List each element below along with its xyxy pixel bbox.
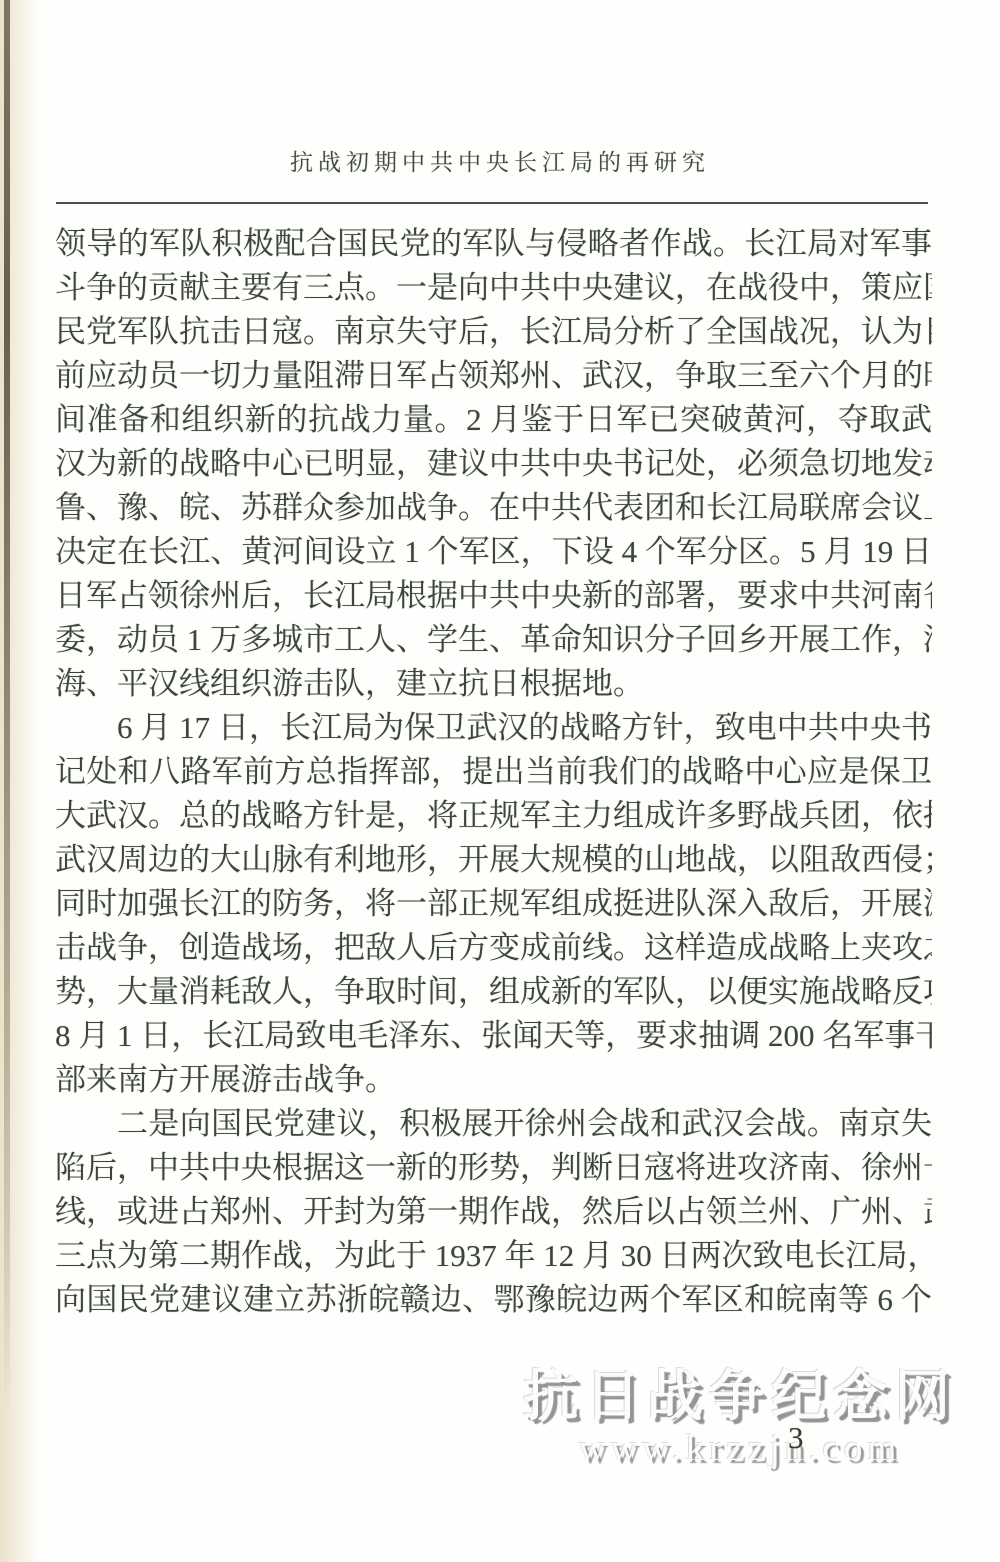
- watermark-site-url: www.krzzjn.com: [520, 1427, 960, 1470]
- text-line: 武汉周边的大山脉有利地形，开展大规模的山地战，以阻敌西侵；: [55, 838, 932, 882]
- text-line: 大武汉。总的战略方针是，将正规军主力组成许多野战兵团，依托: [55, 794, 932, 838]
- text-line: 同时加强长江的防务，将一部正规军组成挺进队深入敌后，开展游: [55, 882, 932, 926]
- text-line: 民党军队抗击日寇。南京失守后，长江局分析了全国战况，认为目: [55, 310, 932, 354]
- text-line: 8 月 1 日，长江局致电毛泽东、张闻天等，要求抽调 200 名军事干: [55, 1014, 932, 1058]
- text-line: 委，动员 1 万多城市工人、学生、革命知识分子回乡开展工作，沿陇: [55, 618, 932, 662]
- text-line: 三点为第二期作战，为此于 1937 年 12 月 30 日两次致电长江局，: [55, 1234, 932, 1278]
- text-line: 日军占领徐州后，长江局根据中共中央新的部署，要求中共河南省: [55, 574, 932, 618]
- text-line: 汉为新的战略中心已明显，建议中共中央书记处，必须急切地发动: [55, 442, 932, 486]
- text-line: 鲁、豫、皖、苏群众参加战争。在中共代表团和长江局联席会议上: [55, 486, 932, 530]
- page-header-title: 抗战初期中共中央长江局的再研究: [0, 144, 1000, 177]
- text-line: 斗争的贡献主要有三点。一是向中共中央建议，在战役中，策应国: [55, 266, 932, 310]
- page-number: 3: [788, 1420, 804, 1456]
- text-line: 间准备和组织新的抗战力量。2 月鉴于日军已突破黄河，夺取武: [55, 398, 932, 442]
- text-line: 前应动员一切力量阻滞日军占领郑州、武汉，争取三至六个月的时: [55, 354, 932, 398]
- text-line: 势，大量消耗敌人，争取时间，组成新的军队，以便实施战略反攻。: [55, 970, 932, 1014]
- watermark: 抗日战争纪念网 www.krzzjn.com: [520, 1352, 960, 1470]
- text-line: 记处和八路军前方总指挥部，提出当前我们的战略中心应是保卫: [55, 750, 932, 794]
- binding-shadow-line: [4, 0, 10, 1420]
- text-line: 线，或进占郑州、开封为第一期作战，然后以占领兰州、广州、武汉: [55, 1190, 932, 1234]
- text-line: 二是向国民党建议，积极展开徐州会战和武汉会战。南京失: [55, 1102, 932, 1146]
- body-text: 领导的军队积极配合国民党的军队与侵略者作战。长江局对军事斗争的贡献主要有三点。一…: [55, 222, 932, 1322]
- text-line: 陷后，中共中央根据这一新的形势，判断日寇将进攻济南、徐州一: [55, 1146, 932, 1190]
- scanned-book-page: 抗战初期中共中央长江局的再研究 领导的军队积极配合国民党的军队与侵略者作战。长江…: [0, 0, 1000, 1562]
- text-line: 海、平汉线组织游击队，建立抗日根据地。: [55, 662, 932, 706]
- text-line: 向国民党建议建立苏浙皖赣边、鄂豫皖边两个军区和皖南等 6 个: [55, 1278, 932, 1322]
- header-rule: [56, 202, 928, 204]
- text-line: 领导的军队积极配合国民党的军队与侵略者作战。长江局对军事: [55, 222, 932, 266]
- text-line: 部来南方开展游击战争。: [55, 1058, 932, 1102]
- watermark-site-name: 抗日战争纪念网: [520, 1352, 960, 1431]
- text-line: 击战争，创造战场，把敌人后方变成前线。这样造成战略上夹攻之: [55, 926, 932, 970]
- text-line: 6 月 17 日，长江局为保卫武汉的战略方针，致电中共中央书: [55, 706, 932, 750]
- text-line: 决定在长江、黄河间设立 1 个军区，下设 4 个军分区。5 月 19 日: [55, 530, 932, 574]
